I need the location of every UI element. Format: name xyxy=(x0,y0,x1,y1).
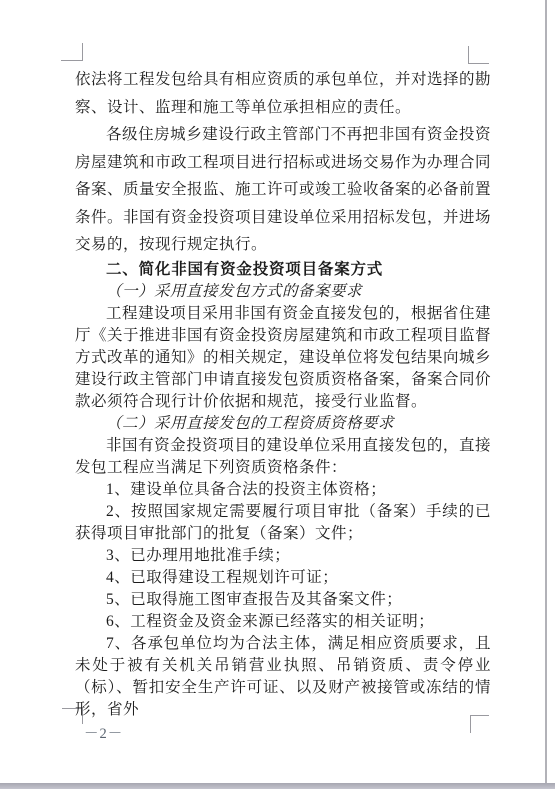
crop-mark-top-right xyxy=(468,46,489,64)
list-item: 4、已取得建设工程规划许可证； xyxy=(75,567,491,589)
document-body: 依法将工程发包给具有相应资质的承包单位，并对选择的勘察、设计、监理和施工等单位承… xyxy=(75,66,491,721)
list-item: 1、建设单位具备合法的投资主体资格； xyxy=(75,479,491,501)
list-item: 7、各承包单位均为合法主体，满足相应资质要求，且未处于被有关机关吊销营业执照、吊… xyxy=(75,633,491,721)
list-item: 5、已取得施工图审查报告及其备案文件； xyxy=(75,589,491,611)
page-view-bottom-edge xyxy=(0,783,555,789)
subsection-heading: （一）采用直接发包方式的备案要求 xyxy=(75,281,491,303)
paragraph-continued: 依法将工程发包给具有相应资质的承包单位，并对选择的勘察、设计、监理和施工等单位承… xyxy=(75,66,491,121)
list-item: 2、按照国家规定需要履行项目审批（备案）手续的已获得项目审批部门的批复（备案）文… xyxy=(75,501,491,545)
paragraph: 工程建设项目采用非国有资金直接发包的，根据省住建厅《关于推进非国有资金投资房屋建… xyxy=(75,303,491,413)
list-item: 6、工程资金及资金来源已经落实的相关证明； xyxy=(75,611,491,633)
paragraph: 非国有资金投资项目的建设单位采用直接发包的，直接发包工程应当满足下列资质资格条件… xyxy=(75,435,491,479)
subsection-heading: （二）采用直接发包的工程资质资格要求 xyxy=(75,413,491,435)
crop-mark-top-left xyxy=(61,43,83,61)
page-number: －2－ xyxy=(84,722,123,743)
document-page: 依法将工程发包给具有相应资质的承包单位，并对选择的勘察、设计、监理和施工等单位承… xyxy=(0,0,555,789)
paragraph: 各级住房城乡建设行政主管部门不再把非国有资金投资房屋建筑和市政工程项目进行招标或… xyxy=(75,121,491,259)
section-heading: 二、简化非国有资金投资项目备案方式 xyxy=(75,259,491,281)
list-item: 3、已办理用地批准手续； xyxy=(75,545,491,567)
page-view-right-edge xyxy=(545,0,547,783)
